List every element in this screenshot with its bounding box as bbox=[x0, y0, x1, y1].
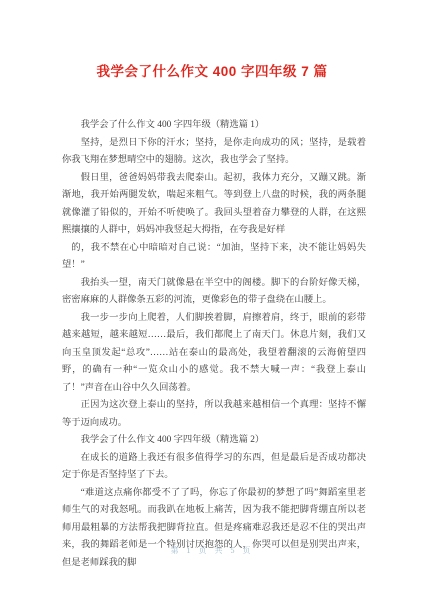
essay-paragraph: 假日里，爸爸妈妈带我去爬泰山。起初，我体力充分，又蹦又跳。渐渐地，我开始两腿发软… bbox=[62, 170, 366, 240]
essay-paragraph: 正因为这次登上泰山的坚持，所以我越来越相信一个真理：坚持不懈等于迈向成功。 bbox=[62, 397, 366, 432]
document-page: 我学会了什么作文 400 字四年级 7 篇 我学会了什么作文 400 字四年级（… bbox=[0, 0, 424, 600]
essay-paragraph: 我抬头一望，南天门就像悬在半空中的阁楼。脚下的台阶好像天梯，密密麻麻的人群像条五… bbox=[62, 275, 366, 310]
essay-paragraph: “难道这点痛你都受不了了吗，你忘了你最初的梦想了吗”舞蹈室里老师生气的对我怒吼。… bbox=[62, 485, 366, 573]
essay-paragraph: 在成长的道路上我还有很多值得学习的东西，但是最后是否成功都决定于你是否坚持坚了下… bbox=[62, 450, 366, 485]
essay-content: 我学会了什么作文 400 字四年级（精选篇 1）坚持，是烈日下你的汗水；坚持，是… bbox=[0, 117, 424, 572]
page-footer: 第 1 页 共 5 页 bbox=[0, 540, 424, 558]
essay-paragraph: 坚持，是烈日下你的汗水；坚持，是你走向成功的风；坚持，是载着你我飞翔在梦想晴空中… bbox=[62, 135, 366, 170]
page-indicator: 第 1 页 共 5 页 bbox=[171, 546, 254, 555]
essay-paragraph: 的，我不禁在心中暗暗对自己说：“加油，坚持下来，决不能让妈妈失望！” bbox=[62, 240, 366, 275]
section-heading: 我学会了什么作文 400 字四年级（精选篇 1） bbox=[62, 117, 366, 135]
document-title: 我学会了什么作文 400 字四年级 7 篇 bbox=[0, 0, 424, 81]
section-heading: 我学会了什么作文 400 字四年级（精选篇 2） bbox=[62, 432, 366, 450]
essay-paragraph: 我一步一步向上爬着，人们脚挨着脚，肩擦着肩，终于，眼前的彩带越来越短，越来越短…… bbox=[62, 310, 366, 398]
